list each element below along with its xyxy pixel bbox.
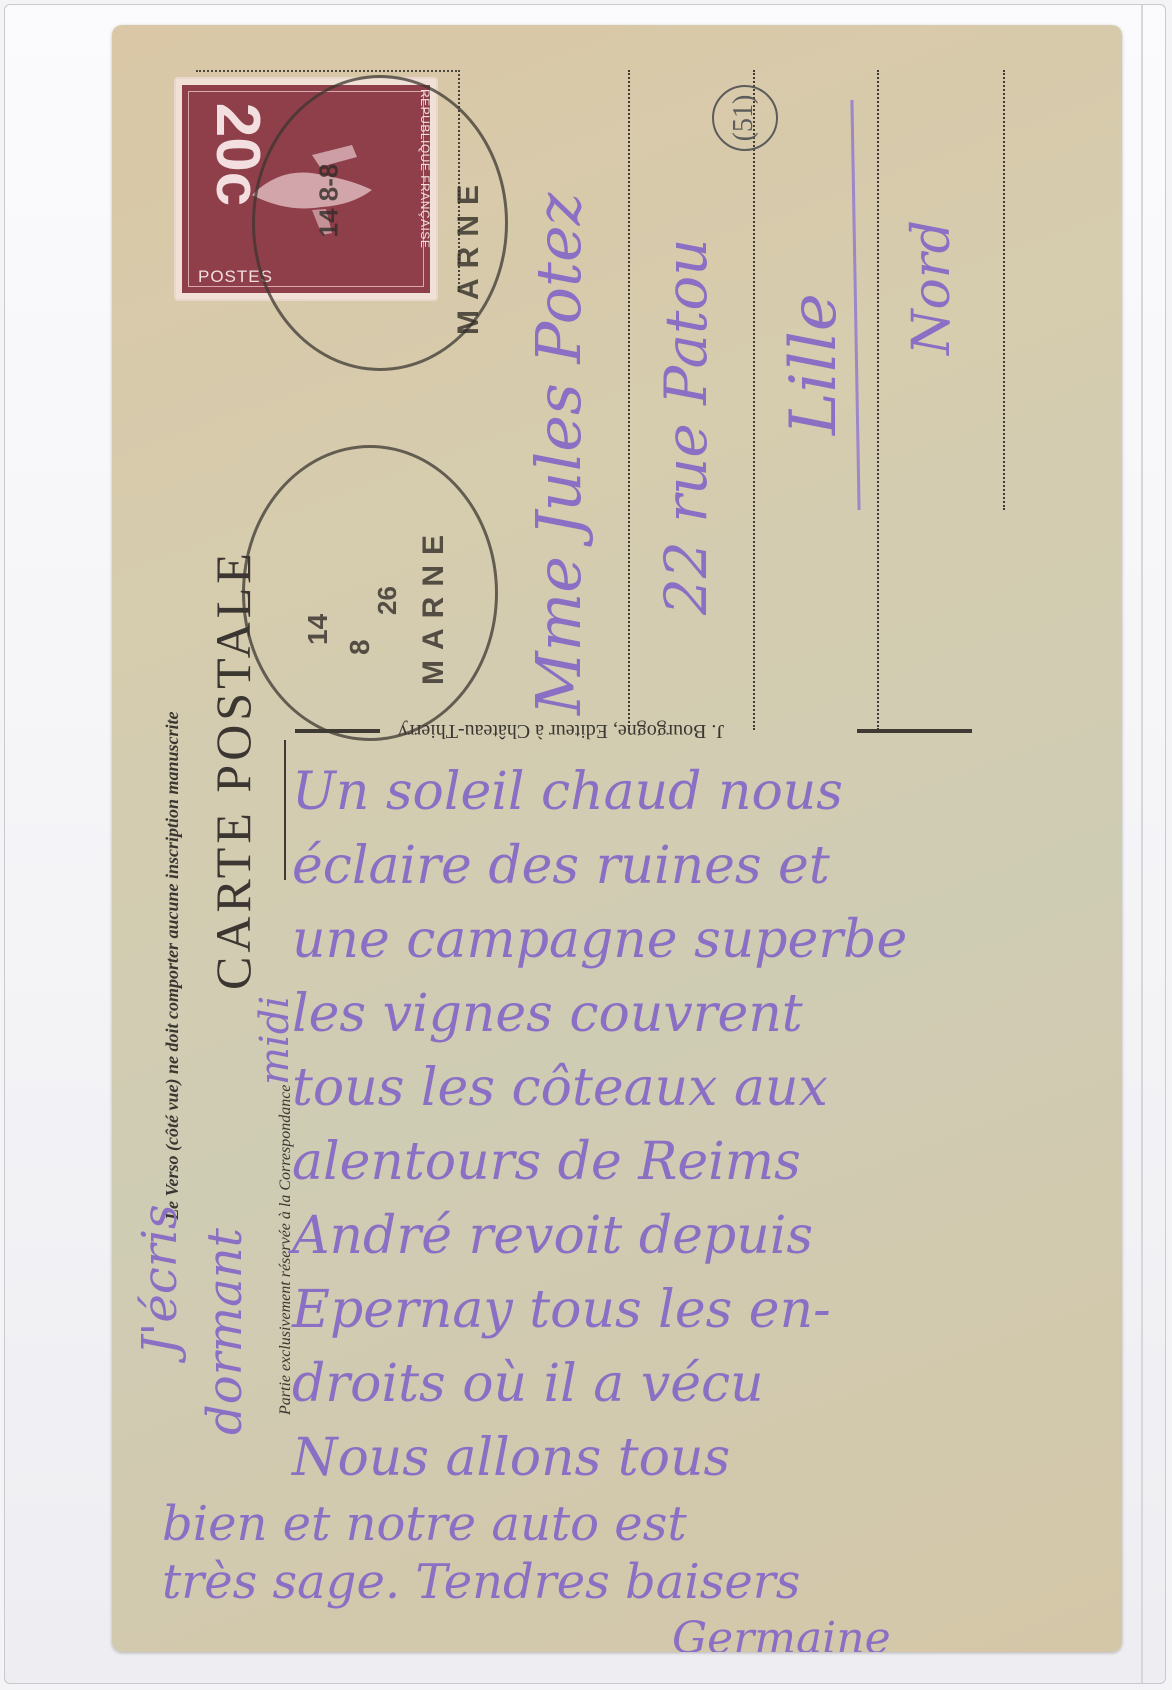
verso-notice: Le Verso (côté vue) ne doit comporter au… [162,712,183,1221]
address-line-1 [628,70,630,730]
message-line: Nous allons tous [292,1421,1112,1495]
message-continuation: bien et notre auto est très sage. Tendre… [162,1495,1102,1611]
message-line: Epernay tous les en- [292,1273,1112,1347]
message-line: éclaire des ruines et [292,829,1112,903]
pencil-note: (51) [712,85,778,151]
message-line: droits où il a vécu [292,1347,1112,1421]
sleeve-edge [1141,5,1143,1683]
address-street: 22 rue Patou [652,238,720,615]
message-line: tous les côteaux aux [292,1051,1112,1125]
address-underline [850,100,860,510]
postmark-bottom-day: 14 [302,614,334,645]
postmark-bottom-region: MARNE [417,525,451,685]
address-line-4 [1003,70,1005,510]
message-body: Un soleil chaud nous éclaire des ruines … [292,755,1112,1495]
signature: Germaine [672,1613,891,1652]
postmark-top-date: 14 8-8 [313,164,344,238]
address-recipient: Mme Jules Potez [522,193,595,715]
message-line: une campagne superbe [292,903,1112,977]
message-line: les vignes couvrent [292,977,1112,1051]
publisher-line: J. Bourgogne, Editeur à Château-Thierry [398,719,724,742]
margin-note-3: midi [252,996,298,1085]
postmark-bottom [242,445,498,741]
margin-note-2: dormant [197,1228,253,1435]
postmark-bottom-year: 26 [372,586,403,615]
message-line: alentours de Reims [292,1125,1112,1199]
address-line-3 [877,70,879,730]
margin-note-1: J'écris [132,1204,188,1355]
address-line-2 [753,70,755,730]
message-line: très sage. Tendres baisers [162,1553,1102,1611]
postcard: 20c POSTES REPUBLIQUE FRANÇAISE MARNE 14… [112,25,1122,1652]
message-line: Un soleil chaud nous [292,755,1112,829]
postmark-bottom-month: 8 [344,639,376,655]
postmark-top-region: MARNE [452,175,486,335]
divider-vertical [284,740,286,880]
message-line: André revoit depuis [292,1199,1112,1273]
publisher-rule-left [295,729,380,733]
publisher-rule-right [857,729,972,733]
address-city: Lille [777,293,851,435]
message-line: bien et notre auto est [162,1495,1102,1553]
address-region: Nord [902,220,962,355]
carte-postale-title: CARTE POSTALE [204,549,262,990]
